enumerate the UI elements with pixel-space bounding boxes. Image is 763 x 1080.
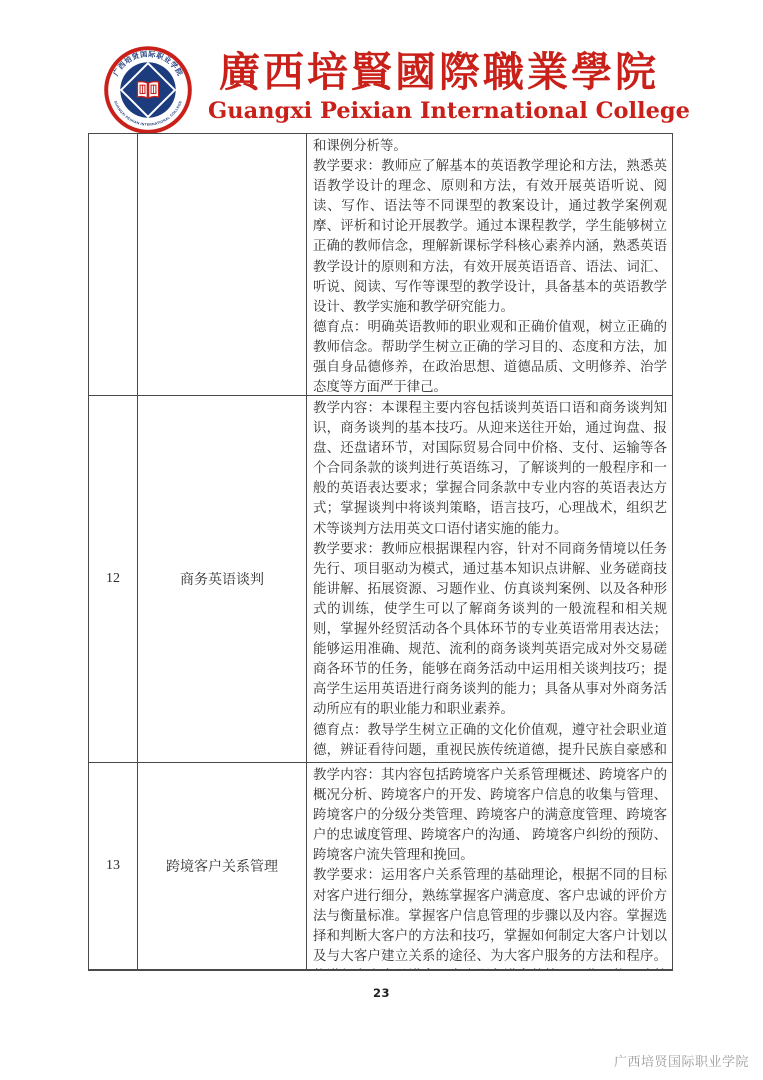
course-paragraph: 教学内容：本课程主要内容包括谈判英语口语和商务谈判知识，商务谈判的基本技巧。从迎… bbox=[313, 398, 667, 539]
course-paragraph: 教学要求：教师应根据课程内容，针对不同商务情境以任务先行、项目驱动为模式，通过基… bbox=[313, 539, 667, 720]
page-number: 23 bbox=[0, 986, 763, 1000]
course-description-cell: 和课例分析等。 教学要求：教师应了解基本的英语教学理论和方法，熟悉英语教学设计的… bbox=[307, 134, 672, 396]
course-number-cell bbox=[89, 134, 138, 396]
course-name-cell bbox=[138, 134, 307, 396]
course-paragraph: 教学要求：教师应了解基本的英语教学理论和方法，熟悉英语教学设计的理念、原则和方法… bbox=[313, 156, 667, 317]
course-name-cell: 跨境客户关系管理 bbox=[138, 763, 307, 970]
document-page: 广西培贤国际职业学院 GUANGXI PEIXIAN INTERNATIONAL… bbox=[0, 0, 763, 1080]
college-logo: 广西培贤国际职业学院 GUANGXI PEIXIAN INTERNATIONAL… bbox=[104, 46, 192, 134]
college-titles: 廣西培賢國際職業學院 Guangxi Peixian International… bbox=[208, 46, 670, 123]
course-description-cell: 教学内容：其内容包括跨境客户关系管理概述、跨境客户的概况分析、跨境客户的开发、跨… bbox=[307, 763, 672, 970]
logo-inner-circle bbox=[120, 62, 175, 117]
course-paragraph: 和课例分析等。 bbox=[313, 136, 667, 156]
course-number-cell: 12 bbox=[89, 396, 138, 763]
course-paragraph: 德育点：教导学生树立正确的文化价值观，遵守社会职业道德，辨证看待问题，重视民族传… bbox=[313, 720, 667, 764]
course-paragraph: 德育点：明确英语教师的职业观和正确价值观，树立正确的教师信念。帮助学生树立正确的… bbox=[313, 317, 667, 396]
course-paragraph: 教学要求：运用客户关系管理的基础理论，根据不同的目标对客户进行细分，熟练掌握客户… bbox=[313, 865, 667, 970]
college-name-zh: 廣西培賢國際職業學院 bbox=[208, 46, 670, 98]
course-name-cell: 商务英语谈判 bbox=[138, 396, 307, 763]
college-name-en: Guangxi Peixian International College bbox=[208, 99, 670, 123]
course-paragraph: 教学内容：其内容包括跨境客户关系管理概述、跨境客户的概况分析、跨境客户的开发、跨… bbox=[313, 765, 667, 865]
college-logo-emblem: 广西培贤国际职业学院 GUANGXI PEIXIAN INTERNATIONAL… bbox=[104, 46, 192, 134]
course-number-cell: 13 bbox=[89, 763, 138, 970]
footer-watermark: 广西培贤国际职业学院 bbox=[614, 1051, 749, 1070]
course-table: 和课例分析等。 教学要求：教师应了解基本的英语教学理论和方法，熟悉英语教学设计的… bbox=[88, 133, 673, 971]
course-description-cell: 教学内容：本课程主要内容包括谈判英语口语和商务谈判知识，商务谈判的基本技巧。从迎… bbox=[307, 396, 672, 763]
page-header: 广西培贤国际职业学院 GUANGXI PEIXIAN INTERNATIONAL… bbox=[96, 44, 678, 136]
